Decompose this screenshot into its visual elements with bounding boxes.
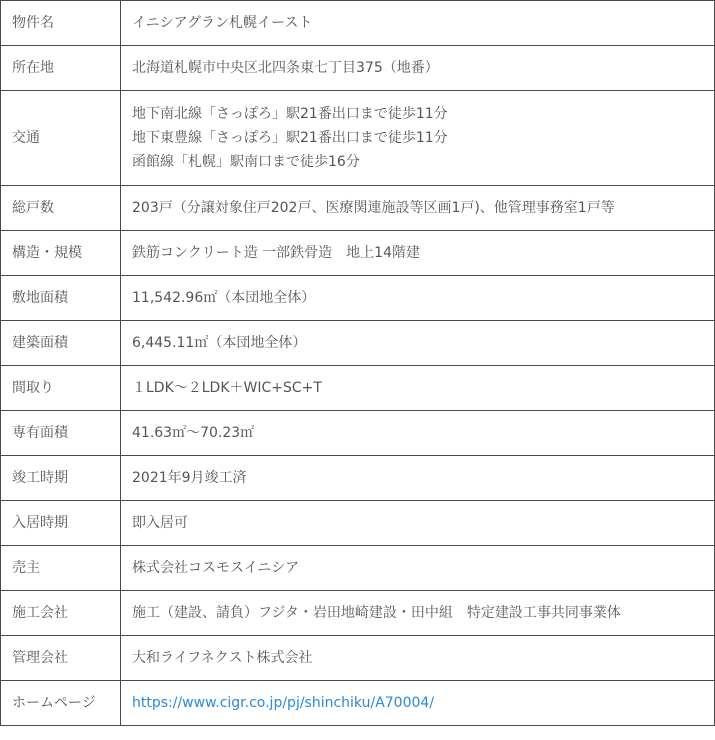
table-row-location: 所在地 北海道札幌市中央区北四条東七丁目375（地番）	[1, 46, 715, 91]
value-property-name: イニシアグラン札幌イースト	[121, 1, 715, 46]
value-completion: 2021年9月竣工済	[121, 456, 715, 501]
access-line: 地下東豊線「さっぽろ」駅21番出口まで徒歩11分	[132, 126, 703, 150]
label-location: 所在地	[1, 46, 121, 91]
value-management: 大和ライフネクスト株式会社	[121, 636, 715, 681]
table-row-constructor: 施工会社 施工（建設、請負）フジタ・岩田地崎建設・田中組 特定建設工事共同事業体	[1, 591, 715, 636]
value-building-area: 6,445.11㎡（本団地全体）	[121, 321, 715, 366]
table-row-site-area: 敷地面積 11,542.96㎡（本団地全体）	[1, 276, 715, 321]
label-site-area: 敷地面積	[1, 276, 121, 321]
value-access: 地下南北線「さっぽろ」駅21番出口まで徒歩11分 地下東豊線「さっぽろ」駅21番…	[121, 91, 715, 186]
label-completion: 竣工時期	[1, 456, 121, 501]
value-floor-plan: １LDK～２LDK＋WIC+SC+T	[121, 366, 715, 411]
table-row-move-in: 入居時期 即入居可	[1, 501, 715, 546]
table-row-completion: 竣工時期 2021年9月竣工済	[1, 456, 715, 501]
value-total-units: 203戸（分譲対象住戸202戸、医療関連施設等区画1戸)、他管理事務室1戸等	[121, 186, 715, 231]
value-move-in: 即入居可	[121, 501, 715, 546]
label-seller: 売主	[1, 546, 121, 591]
table-row-management: 管理会社 大和ライフネクスト株式会社	[1, 636, 715, 681]
label-total-units: 総戸数	[1, 186, 121, 231]
homepage-link[interactable]: https://www.cigr.co.jp/pj/shinchiku/A700…	[132, 695, 434, 711]
table-row-structure: 構造・規模 鉄筋コンクリート造 一部鉄骨造 地上14階建	[1, 231, 715, 276]
label-management: 管理会社	[1, 636, 121, 681]
value-site-area: 11,542.96㎡（本団地全体）	[121, 276, 715, 321]
table-row-homepage: ホームページ https://www.cigr.co.jp/pj/shinchi…	[1, 681, 715, 726]
access-line: 函館線「札幌」駅南口まで徒歩16分	[132, 150, 703, 174]
label-homepage: ホームページ	[1, 681, 121, 726]
label-move-in: 入居時期	[1, 501, 121, 546]
value-location: 北海道札幌市中央区北四条東七丁目375（地番）	[121, 46, 715, 91]
value-seller: 株式会社コスモスイニシア	[121, 546, 715, 591]
label-building-area: 建築面積	[1, 321, 121, 366]
label-property-name: 物件名	[1, 1, 121, 46]
table-row-access: 交通 地下南北線「さっぽろ」駅21番出口まで徒歩11分 地下東豊線「さっぽろ」駅…	[1, 91, 715, 186]
table-row-total-units: 総戸数 203戸（分譲対象住戸202戸、医療関連施設等区画1戸)、他管理事務室1…	[1, 186, 715, 231]
value-structure: 鉄筋コンクリート造 一部鉄骨造 地上14階建	[121, 231, 715, 276]
label-exclusive-area: 専有面積	[1, 411, 121, 456]
value-exclusive-area: 41.63㎡～70.23㎡	[121, 411, 715, 456]
value-homepage: https://www.cigr.co.jp/pj/shinchiku/A700…	[121, 681, 715, 726]
table-row-building-area: 建築面積 6,445.11㎡（本団地全体）	[1, 321, 715, 366]
label-structure: 構造・規模	[1, 231, 121, 276]
access-line: 地下南北線「さっぽろ」駅21番出口まで徒歩11分	[132, 102, 703, 126]
label-floor-plan: 間取り	[1, 366, 121, 411]
property-spec-table: 物件名 イニシアグラン札幌イースト 所在地 北海道札幌市中央区北四条東七丁目37…	[0, 0, 715, 726]
value-constructor: 施工（建設、請負）フジタ・岩田地崎建設・田中組 特定建設工事共同事業体	[121, 591, 715, 636]
table-row-exclusive-area: 専有面積 41.63㎡～70.23㎡	[1, 411, 715, 456]
table-row-seller: 売主 株式会社コスモスイニシア	[1, 546, 715, 591]
table-row-property-name: 物件名 イニシアグラン札幌イースト	[1, 1, 715, 46]
label-constructor: 施工会社	[1, 591, 121, 636]
table-row-floor-plan: 間取り １LDK～２LDK＋WIC+SC+T	[1, 366, 715, 411]
label-access: 交通	[1, 91, 121, 186]
